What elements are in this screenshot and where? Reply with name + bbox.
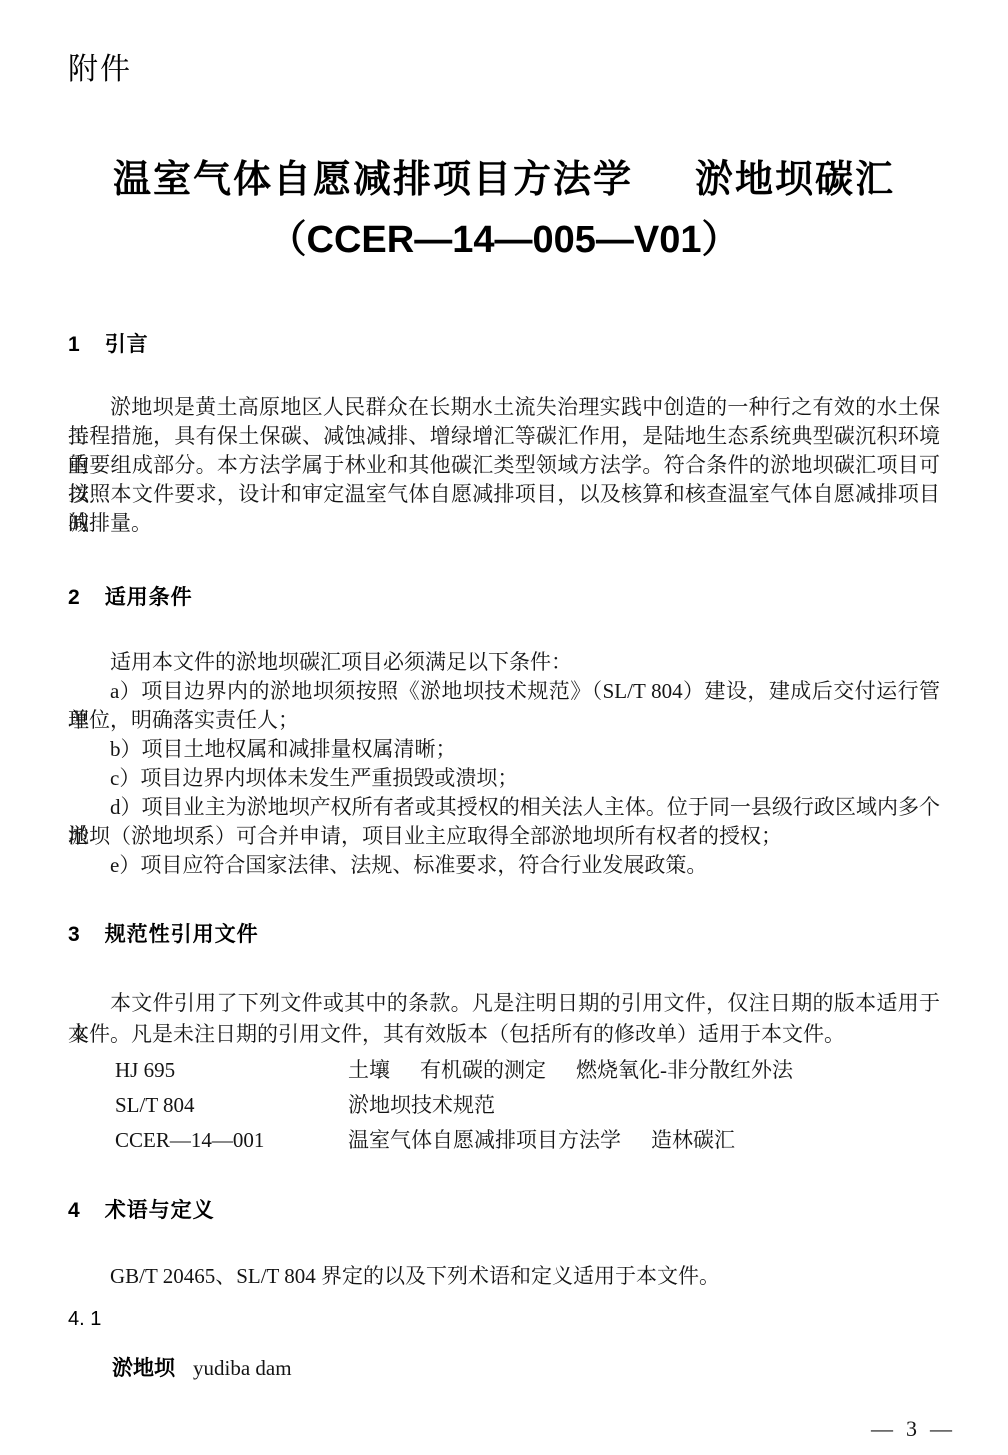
reference-title-segment: 造林碳汇 xyxy=(651,1128,735,1152)
section-4-heading: 4术语与定义 xyxy=(68,1194,215,1224)
document-title: 温室气体自愿减排项目方法学淤地坝碳汇 xyxy=(0,148,1008,203)
section-1-title: 引言 xyxy=(105,333,149,356)
subsection-4-1-number: 4. 1 xyxy=(68,1308,101,1331)
paragraph-line: 本文件引用了下列文件或其中的条款。凡是注明日期的引用文件，仅注日期的版本适用于本 xyxy=(68,988,940,1019)
reference-row: CCER—14—001 温室气体自愿减排项目方法学造林碳汇 xyxy=(115,1123,975,1158)
section-2-heading: 2适用条件 xyxy=(68,581,193,611)
paragraph-line: GB/T 20465、SL/T 804 界定的以及下列术语和定义适用于本文件。 xyxy=(68,1262,940,1291)
section-2-number: 2 xyxy=(68,586,81,609)
reference-row: HJ 695 土壤有机碳的测定燃烧氧化-非分散红外法 xyxy=(115,1053,975,1088)
reference-title-segment: 燃烧氧化-非分散红外法 xyxy=(576,1058,793,1082)
paragraph-line: 减排量。 xyxy=(68,509,940,538)
document-code: （CCER—14—005—V01） xyxy=(0,208,1008,263)
term-definition-line: 淤地坝yudiba dam xyxy=(112,1352,292,1382)
reference-title: 土壤有机碳的测定燃烧氧化-非分散红外法 xyxy=(348,1053,793,1088)
reference-row: SL/T 804 淤地坝技术规范 xyxy=(115,1088,975,1123)
reference-code: SL/T 804 xyxy=(115,1093,195,1117)
document-page: 附件 温室气体自愿减排项目方法学淤地坝碳汇 （CCER—14—005—V01） … xyxy=(0,0,1008,1455)
paragraph-line: 按照本文件要求，设计和审定温室气体自愿减排项目，以及核算和核查温室气体自愿减排项… xyxy=(68,480,940,509)
section-3-paragraph: 本文件引用了下列文件或其中的条款。凡是注明日期的引用文件，仅注日期的版本适用于本… xyxy=(68,988,940,1050)
reference-title-segment: 温室气体自愿减排项目方法学 xyxy=(348,1128,621,1152)
term-english: yudiba dam xyxy=(193,1356,292,1380)
section-1-number: 1 xyxy=(68,333,81,356)
paragraph-line: 重要组成部分。本方法学属于林业和其他碳汇类型领域方法学。符合条件的淤地坝碳汇项目… xyxy=(68,451,940,480)
section-4-paragraph: GB/T 20465、SL/T 804 界定的以及下列术语和定义适用于本文件。 xyxy=(68,1262,940,1291)
term-chinese: 淤地坝 xyxy=(112,1357,175,1380)
section-4-number: 4 xyxy=(68,1199,81,1222)
section-2-title: 适用条件 xyxy=(105,586,193,609)
paragraph-line: 淤地坝是黄土高原地区人民群众在长期水土流失治理实践中创造的一种行之有效的水土保持 xyxy=(68,393,940,422)
page-footer: —3— xyxy=(871,1416,952,1442)
section-3-title: 规范性引用文件 xyxy=(105,923,259,946)
footer-dash-right: — xyxy=(930,1416,952,1441)
reference-title-segment: 土壤 xyxy=(348,1058,390,1082)
section-4-title: 术语与定义 xyxy=(105,1199,215,1222)
attachment-label: 附件 xyxy=(68,44,132,88)
footer-dash-left: — xyxy=(871,1416,893,1441)
section-3-number: 3 xyxy=(68,923,81,946)
reference-list: HJ 695 土壤有机碳的测定燃烧氧化-非分散红外法 SL/T 804 淤地坝技… xyxy=(115,1053,975,1158)
reference-title: 温室气体自愿减排项目方法学造林碳汇 xyxy=(348,1123,735,1158)
reference-code: HJ 695 xyxy=(115,1058,175,1082)
document-title-part1: 温室气体自愿减排项目方法学 xyxy=(113,159,633,201)
paragraph-line: 适用本文件的淤地坝碳汇项目必须满足以下条件： xyxy=(68,648,940,677)
section-2-paragraph: 适用本文件的淤地坝碳汇项目必须满足以下条件： a）项目边界内的淤地坝须按照《淤地… xyxy=(68,648,940,880)
list-item-line: b）项目土地权属和减排量权属清晰； xyxy=(68,735,940,764)
list-item-line: c）项目边界内坝体未发生严重损毁或溃坝； xyxy=(68,764,940,793)
reference-code: CCER—14—001 xyxy=(115,1128,264,1152)
reference-title-segment: 淤地坝技术规范 xyxy=(348,1093,495,1117)
paragraph-line: 文件。凡是未注日期的引用文件，其有效版本（包括所有的修改单）适用于本文件。 xyxy=(68,1019,940,1050)
reference-title-segment: 有机碳的测定 xyxy=(420,1058,546,1082)
reference-title: 淤地坝技术规范 xyxy=(348,1088,495,1123)
list-item-line: e）项目应符合国家法律、法规、标准要求，符合行业发展政策。 xyxy=(68,851,940,880)
list-item-line: 地坝（淤地坝系）可合并申请，项目业主应取得全部淤地坝所有权者的授权； xyxy=(68,822,940,851)
section-1-heading: 1引言 xyxy=(68,328,149,358)
document-title-part2: 淤地坝碳汇 xyxy=(695,159,895,201)
paragraph-line: 工程措施，具有保土保碳、减蚀减排、增绿增汇等碳汇作用，是陆地生态系统典型碳沉积环… xyxy=(68,422,940,451)
section-3-heading: 3规范性引用文件 xyxy=(68,918,259,948)
page-number: 3 xyxy=(906,1416,917,1441)
list-item-line: 单位，明确落实责任人； xyxy=(68,706,940,735)
list-item-line: a）项目边界内的淤地坝须按照《淤地坝技术规范》（SL/T 804）建设，建成后交… xyxy=(68,677,940,706)
section-1-paragraph: 淤地坝是黄土高原地区人民群众在长期水土流失治理实践中创造的一种行之有效的水土保持… xyxy=(68,393,940,538)
list-item-line: d）项目业主为淤地坝产权所有者或其授权的相关法人主体。位于同一县级行政区域内多个… xyxy=(68,793,940,822)
